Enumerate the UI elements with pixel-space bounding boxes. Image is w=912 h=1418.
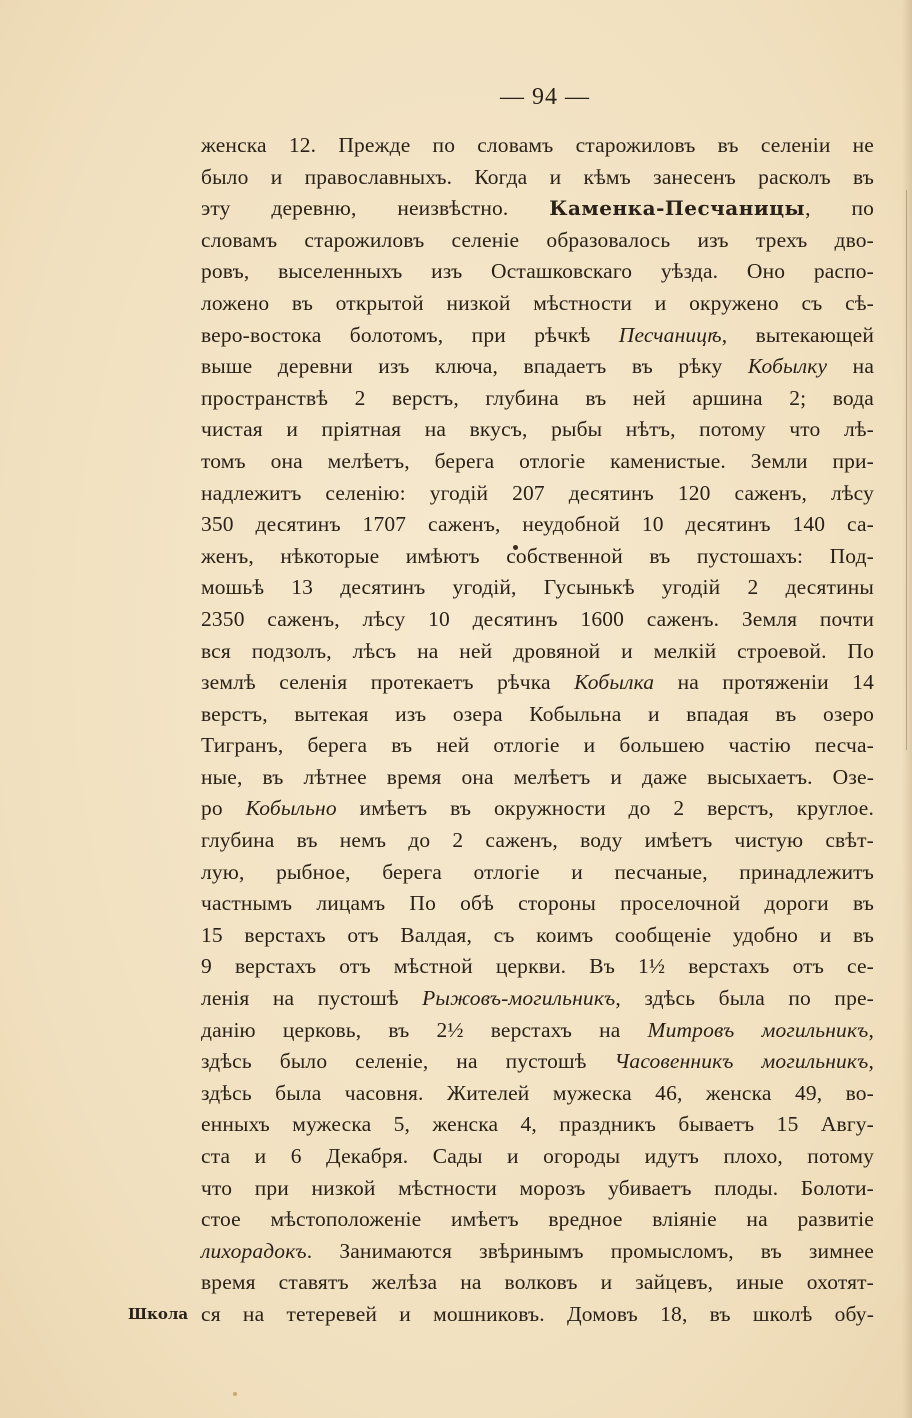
text-line: лую, рыбное, берега отлогіе и песчаные, … [201, 857, 874, 889]
text-run: время ставятъ желѣза на волковъ и зайцев… [201, 1270, 874, 1294]
text-line: стое мѣстоположеніе имѣетъ вредное вліян… [201, 1204, 874, 1236]
text-line: ста и 6 Декабря. Сады и огороды идутъ пл… [201, 1141, 874, 1173]
text-run: глубина въ немъ до 2 саженъ, воду имѣетъ… [201, 828, 874, 852]
place-name: Песчаницѣ [619, 323, 722, 347]
text-run: 9 верстахъ отъ мѣстной церкви. Въ 1½ вер… [201, 954, 874, 978]
text-run: ложено въ открытой низкой мѣстности и ок… [201, 291, 874, 315]
text-line: 350 десятинъ 1707 саженъ, неудобной 10 д… [201, 509, 874, 541]
text-run: ста и 6 Декабря. Сады и огороды идутъ пл… [201, 1144, 874, 1168]
text-line: глубина въ немъ до 2 саженъ, воду имѣетъ… [201, 825, 874, 857]
text-run: верстъ, вытекая изъ озера Кобыльна и впа… [201, 702, 874, 726]
text-run: ровъ, выселенныхъ изъ Осташковскаго уѣзд… [201, 259, 874, 283]
text-run: мошьѣ 13 десятинъ угодій, Гусынькѣ угоді… [201, 575, 874, 599]
text-line: верстъ, вытекая изъ озера Кобыльна и впа… [201, 699, 874, 731]
text-run: женъ, нѣкоторые имѣютъ собственной въ пу… [201, 544, 874, 568]
text-line: женска 12. Прежде по словамъ старожиловъ… [201, 130, 874, 162]
text-line: женъ, нѣкоторые имѣютъ собственной въ пу… [201, 541, 874, 573]
text-line: 15 верстахъ отъ Валдая, съ коимъ сообщен… [201, 920, 874, 952]
place-name: Кобыльно [246, 796, 337, 820]
text-line: было и православныхъ. Когда и кѣмъ занес… [201, 162, 874, 194]
text-run: ленія на пустошѣ [201, 986, 422, 1010]
text-run: 350 десятинъ 1707 саженъ, неудобной 10 д… [201, 512, 874, 536]
text-line: здѣсь была часовня. Жителей мужеска 46, … [201, 1078, 874, 1110]
text-run: Тигранъ, берега въ ней отлогіе и большею… [201, 733, 874, 757]
text-run: 15 верстахъ отъ Валдая, съ коимъ сообщен… [201, 923, 874, 947]
text-line: Тигранъ, берега въ ней отлогіе и большею… [201, 730, 874, 762]
body-text: женска 12. Прежде по словамъ старожиловъ… [201, 130, 874, 1331]
text-run: на [827, 354, 874, 378]
text-line: что при низкой мѣстности морозъ убиваетъ… [201, 1173, 874, 1205]
text-line: время ставятъ желѣза на волковъ и зайцев… [201, 1267, 874, 1299]
text-run: вся подзолъ, лѣсъ на ней дровяной и мелк… [201, 639, 874, 663]
text-line: 2350 саженъ, лѣсу 10 десятинъ 1600 сажен… [201, 604, 874, 636]
text-line: ро Кобыльно имѣетъ въ окружности до 2 ве… [201, 793, 874, 825]
text-line: данію церковь, въ 2½ верстахъ на Митровъ… [201, 1015, 874, 1047]
ink-speck [233, 1392, 237, 1396]
text-run: словамъ старожиловъ селеніе образовалось… [201, 228, 874, 252]
text-line: лихорадокъ. Занимаются звѣринымъ промысл… [201, 1236, 874, 1268]
text-run: . Занимаются звѣринымъ промысломъ, въ зи… [307, 1239, 874, 1263]
text-line: надлежитъ селенію: угодій 207 десятинъ 1… [201, 478, 874, 510]
text-line: вся подзолъ, лѣсъ на ней дровяной и мелк… [201, 636, 874, 668]
place-name: Митровъ могильникъ [648, 1018, 869, 1042]
text-line: ровъ, выселенныхъ изъ Осташковскаго уѣзд… [201, 256, 874, 288]
text-run: эту деревню, неизвѣстно. [201, 196, 549, 220]
text-run: , [868, 1049, 874, 1073]
place-name: Часовенникъ могильникъ [614, 1049, 868, 1073]
text-run: что при низкой мѣстности морозъ убиваетъ… [201, 1176, 874, 1200]
place-name: Кобылку [748, 354, 827, 378]
page-number: — 94 — [0, 84, 912, 111]
text-run: выше деревни изъ ключа, впадаетъ въ рѣку [201, 354, 748, 378]
place-name: Рыжовъ-могильникъ [422, 986, 615, 1010]
page-crease [906, 190, 907, 750]
text-run: женска 12. Прежде по словамъ старожиловъ… [201, 133, 874, 157]
text-run: , по [805, 196, 874, 220]
text-run: стое мѣстоположеніе имѣетъ вредное вліян… [201, 1207, 874, 1231]
text-line: мошьѣ 13 десятинъ угодій, Гусынькѣ угоді… [201, 572, 874, 604]
ink-speck [513, 545, 518, 550]
text-run: ся на тетеревей и мошниковъ. Домовъ 18, … [201, 1302, 874, 1326]
text-run: здѣсь была часовня. Жителей мужеска 46, … [201, 1081, 874, 1105]
text-run: на протяженіи 14 [654, 670, 874, 694]
text-run: ные, въ лѣтнее время она мелѣетъ и даже … [201, 765, 874, 789]
text-line: веро-востока болотомъ, при рѣчкѣ Песчани… [201, 320, 874, 352]
text-run: землѣ селенія протекаетъ рѣчка [201, 670, 574, 694]
text-run: 2350 саженъ, лѣсу 10 десятинъ 1600 сажен… [201, 607, 874, 631]
text-line: здѣсь было селеніе, на пустошѣ Часовенни… [201, 1046, 874, 1078]
text-line: ленія на пустошѣ Рыжовъ-могильникъ, здѣс… [201, 983, 874, 1015]
margin-note-school: Школа [128, 1299, 188, 1331]
text-run: надлежитъ селенію: угодій 207 десятинъ 1… [201, 481, 874, 505]
text-line: выше деревни изъ ключа, впадаетъ въ рѣку… [201, 351, 874, 383]
text-run: здѣсь было селеніе, на пустошѣ [201, 1049, 614, 1073]
text-line: енныхъ мужеска 5, женска 4, праздникъ бы… [201, 1109, 874, 1141]
text-line: ные, въ лѣтнее время она мелѣетъ и даже … [201, 762, 874, 794]
text-line: словамъ старожиловъ селеніе образовалось… [201, 225, 874, 257]
text-line: ся на тетеревей и мошниковъ. Домовъ 18, … [201, 1299, 874, 1331]
text-run: имѣетъ въ окружности до 2 верстъ, кругло… [337, 796, 874, 820]
text-run: томъ она мелѣетъ, берега отлогіе каменис… [201, 449, 874, 473]
scanned-book-page: — 94 — женска 12. Прежде по словамъ стар… [0, 0, 912, 1418]
village-heading: Каменка-Песчаницы [549, 196, 805, 220]
text-run: было и православныхъ. Когда и кѣмъ занес… [201, 165, 874, 189]
text-run: веро-востока болотомъ, при рѣчкѣ [201, 323, 619, 347]
place-name: лихорадокъ [201, 1239, 307, 1263]
text-run: чистая и пріятная на вкусъ, рыбы нѣтъ, п… [201, 417, 874, 441]
text-line: 9 верстахъ отъ мѣстной церкви. Въ 1½ вер… [201, 951, 874, 983]
place-name: Кобылка [574, 670, 654, 694]
text-run: лую, рыбное, берега отлогіе и песчаные, … [201, 860, 874, 884]
text-run: , здѣсь была по пре- [615, 986, 874, 1010]
text-run: частнымъ лицамъ По обѣ стороны проселочн… [201, 891, 874, 915]
page-edge-shadow [902, 0, 912, 1418]
text-line: чистая и пріятная на вкусъ, рыбы нѣтъ, п… [201, 414, 874, 446]
text-run: данію церковь, въ 2½ верстахъ на [201, 1018, 648, 1042]
text-line: землѣ селенія протекаетъ рѣчка Кобылка н… [201, 667, 874, 699]
text-run: ро [201, 796, 246, 820]
text-line: частнымъ лицамъ По обѣ стороны проселочн… [201, 888, 874, 920]
text-run: пространствѣ 2 верстъ, глубина въ ней ар… [201, 386, 874, 410]
text-run: , вытекающей [722, 323, 874, 347]
text-line: эту деревню, неизвѣстно. Каменка-Песчани… [201, 193, 874, 225]
text-line: пространствѣ 2 верстъ, глубина въ ней ар… [201, 383, 874, 415]
text-line: ложено въ открытой низкой мѣстности и ок… [201, 288, 874, 320]
text-line: томъ она мелѣетъ, берега отлогіе каменис… [201, 446, 874, 478]
text-run: , [868, 1018, 874, 1042]
text-run: енныхъ мужеска 5, женска 4, праздникъ бы… [201, 1112, 874, 1136]
